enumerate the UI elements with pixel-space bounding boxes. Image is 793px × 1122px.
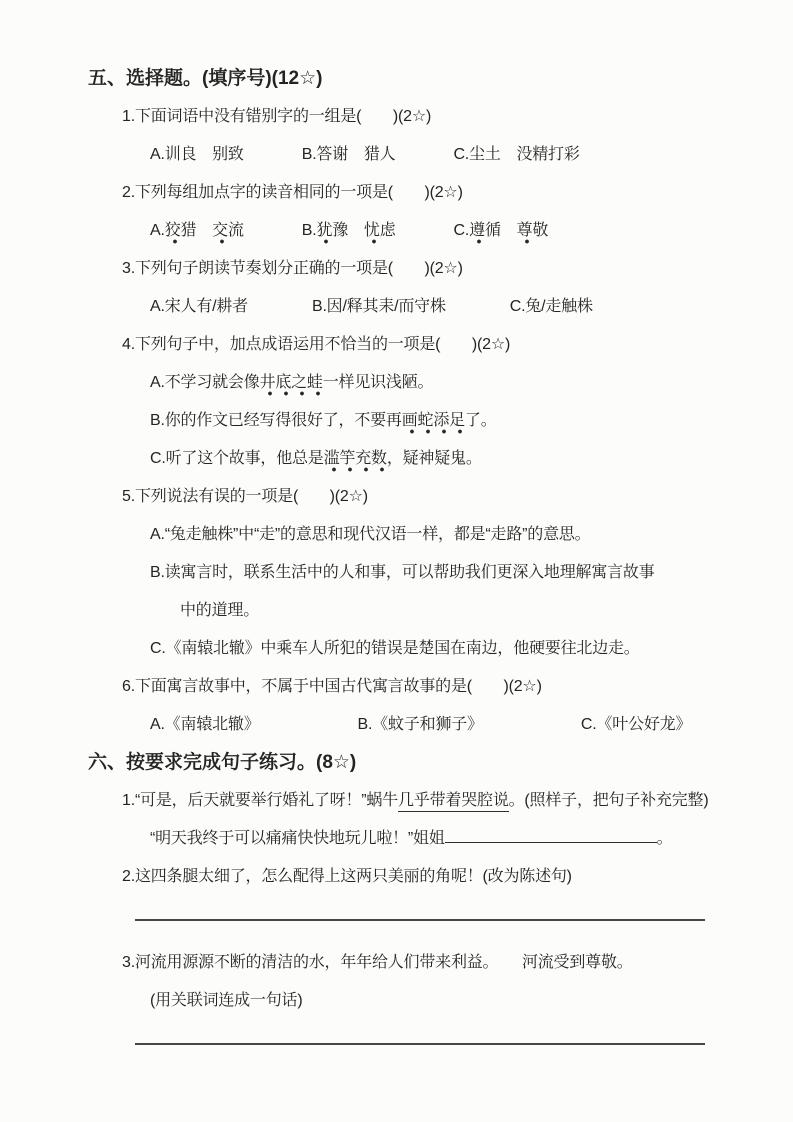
text-segment: C.听了这个故事，他总是 — [150, 450, 324, 467]
text-segment: C.《南辕北辙》中乘车人所犯的错误是楚国在南边，他硬要往北边走。 — [150, 640, 640, 657]
text-segment: C.《叶公好龙》 — [581, 716, 691, 733]
option: C.《叶公好龙》 — [581, 706, 691, 744]
option: C.遵循 尊敬 — [454, 212, 549, 250]
text-segment: C.尘土 没精打彩 — [453, 146, 579, 163]
question-line: 3.下列句子朗读节奏划分正确的一项是( )(2☆) — [88, 250, 743, 288]
text-line: C.《南辕北辙》中乘车人所犯的错误是楚国在南边，他硬要往北边走。 — [88, 630, 743, 668]
option: A.狡猎 交流 — [150, 212, 244, 250]
underlined-phrase: 几乎带着哭腔说 — [398, 792, 509, 812]
question-line: 1.“可是，后天就要举行婚礼了呀！”蜗牛几乎带着哭腔说。(照样子，把句子补充完整… — [88, 782, 743, 820]
text-segment: 循 — [485, 222, 517, 239]
option: C.兔/走触株 — [510, 288, 593, 326]
text-segment: 。(照样子，把句子补充完整) — [509, 792, 709, 809]
answer-line[interactable] — [135, 919, 705, 921]
text-line: A.“兔走触株”中“走”的意思和现代汉语一样，都是“走路”的意思。 — [88, 516, 743, 554]
question-line: 2.下列每组加点字的读音相同的一项是( )(2☆) — [88, 174, 743, 212]
option: B.《蚊子和狮子》 — [358, 706, 483, 744]
dotted-phrase: 滥竽充数 — [324, 450, 387, 473]
text-segment: A.训良 别致 — [150, 146, 244, 163]
question-line: 3.河流用源源不断的清洁的水，年年给人们带来利益。 河流受到尊敬。 — [88, 944, 743, 982]
option: B.答谢 猎人 — [302, 136, 396, 174]
text-segment: 中的道理。 — [180, 602, 259, 619]
option: A.训良 别致 — [150, 136, 244, 174]
question-line: 6.下面寓言故事中，不属于中国古代寓言故事的是( )(2☆) — [88, 668, 743, 706]
text-segment: 2.下列每组加点字的读音相同的一项是( )(2☆) — [122, 184, 463, 201]
text-segment: 。 — [657, 830, 673, 847]
text-segment: 1.下面词语中没有错别字的一组是( )(2☆) — [122, 108, 431, 125]
text-line: C.听了这个故事，他总是滥竽充数，疑神疑鬼。 — [88, 440, 743, 478]
option: A.宋人有/耕者 — [150, 288, 248, 326]
text-line: “明天我终于可以痛痛快快地玩儿啦！”姐姐。 — [88, 820, 743, 858]
option: B.因/释其耒/而守株 — [312, 288, 446, 326]
text-segment: 3.下列句子朗读节奏划分正确的一项是( )(2☆) — [122, 260, 463, 277]
section-title: 五、选择题。(填序号)(12☆) — [88, 60, 743, 98]
answer-blank[interactable] — [445, 828, 657, 843]
options-row: A.训良 别致B.答谢 猎人C.尘土 没精打彩 — [88, 136, 743, 174]
question-line: 2.这四条腿太细了，怎么配得上这两只美丽的角呢！(改为陈述句) — [88, 858, 743, 896]
text-segment: 4.下列句子中，加点成语运用不恰当的一项是( )(2☆) — [122, 336, 510, 353]
text-segment: 一样见识浅陋。 — [323, 374, 434, 391]
dotted-phrase: 交 — [212, 222, 228, 245]
text-segment: ，疑神疑鬼。 — [387, 450, 482, 467]
answer-line-row — [88, 1020, 743, 1068]
dotted-phrase: 井底之蛙 — [260, 374, 323, 397]
text-segment: 6.下面寓言故事中，不属于中国古代寓言故事的是( )(2☆) — [122, 678, 542, 695]
text-segment: A. — [150, 222, 165, 239]
text-segment: B.你的作文已经写得很好了，不要再 — [150, 412, 402, 429]
text-line: 中的道理。 — [88, 592, 743, 630]
text-segment: B.《蚊子和狮子》 — [358, 716, 483, 733]
exam-page: 五、选择题。(填序号)(12☆)1.下面词语中没有错别字的一组是( )(2☆)A… — [0, 0, 793, 1122]
text-segment: A.不学习就会像 — [150, 374, 260, 391]
text-segment: 3.河流用源源不断的清洁的水，年年给人们带来利益。 河流受到尊敬。 — [122, 954, 633, 971]
dotted-phrase: 画蛇添足 — [402, 412, 465, 435]
text-segment: 虑 — [380, 222, 396, 239]
text-segment: B.因/释其耒/而守株 — [312, 298, 446, 315]
text-segment: A.宋人有/耕者 — [150, 298, 248, 315]
options-row: A.狡猎 交流B.犹豫 忧虑C.遵循 尊敬 — [88, 212, 743, 250]
text-segment: 2.这四条腿太细了，怎么配得上这两只美丽的角呢！(改为陈述句) — [122, 868, 572, 885]
text-segment: 猎 — [181, 222, 213, 239]
options-row: A.《南辕北辙》B.《蚊子和狮子》C.《叶公好龙》 — [88, 706, 743, 744]
text-segment: B. — [302, 222, 317, 239]
dotted-phrase: 忧 — [364, 222, 380, 245]
dotted-phrase: 犹 — [316, 222, 332, 245]
answer-line-row — [88, 896, 743, 944]
text-line: A.不学习就会像井底之蛙一样见识浅陋。 — [88, 364, 743, 402]
text-segment: C. — [454, 222, 470, 239]
text-segment: 5.下列说法有误的一项是( )(2☆) — [122, 488, 368, 505]
option: A.《南辕北辙》 — [150, 706, 260, 744]
text-segment: A.《南辕北辙》 — [150, 716, 260, 733]
text-segment: B.读寓言时，联系生活中的人和事，可以帮助我们更深入地理解寓言故事 — [150, 564, 655, 581]
text-segment: B.答谢 猎人 — [302, 146, 396, 163]
document-content: 五、选择题。(填序号)(12☆)1.下面词语中没有错别字的一组是( )(2☆)A… — [88, 60, 743, 1068]
dotted-phrase: 狡 — [165, 222, 181, 245]
text-segment: A.“兔走触株”中“走”的意思和现代汉语一样，都是“走路”的意思。 — [150, 526, 591, 543]
text-segment: 敬 — [532, 222, 548, 239]
text-segment: 1.“可是，后天就要举行婚礼了呀！”蜗牛 — [122, 792, 398, 809]
question-line: 1.下面词语中没有错别字的一组是( )(2☆) — [88, 98, 743, 136]
text-segment: C.兔/走触株 — [510, 298, 593, 315]
section-title: 六、按要求完成句子练习。(8☆) — [88, 744, 743, 782]
text-segment: “明天我终于可以痛痛快快地玩儿啦！”姐姐 — [150, 830, 445, 847]
option: B.犹豫 忧虑 — [302, 212, 396, 250]
text-segment: 豫 — [332, 222, 364, 239]
text-line: B.你的作文已经写得很好了，不要再画蛇添足了。 — [88, 402, 743, 440]
question-line: 4.下列句子中，加点成语运用不恰当的一项是( )(2☆) — [88, 326, 743, 364]
text-segment: (用关联词连成一句话) — [150, 992, 302, 1009]
dotted-phrase: 遵 — [469, 222, 485, 245]
question-line: 5.下列说法有误的一项是( )(2☆) — [88, 478, 743, 516]
answer-line[interactable] — [135, 1043, 705, 1045]
text-line: (用关联词连成一句话) — [88, 982, 743, 1020]
options-row: A.宋人有/耕者B.因/释其耒/而守株C.兔/走触株 — [88, 288, 743, 326]
dotted-phrase: 尊 — [517, 222, 533, 245]
text-segment: 了。 — [465, 412, 497, 429]
text-segment: 流 — [228, 222, 244, 239]
option: C.尘土 没精打彩 — [453, 136, 579, 174]
text-line: B.读寓言时，联系生活中的人和事，可以帮助我们更深入地理解寓言故事 — [88, 554, 743, 592]
